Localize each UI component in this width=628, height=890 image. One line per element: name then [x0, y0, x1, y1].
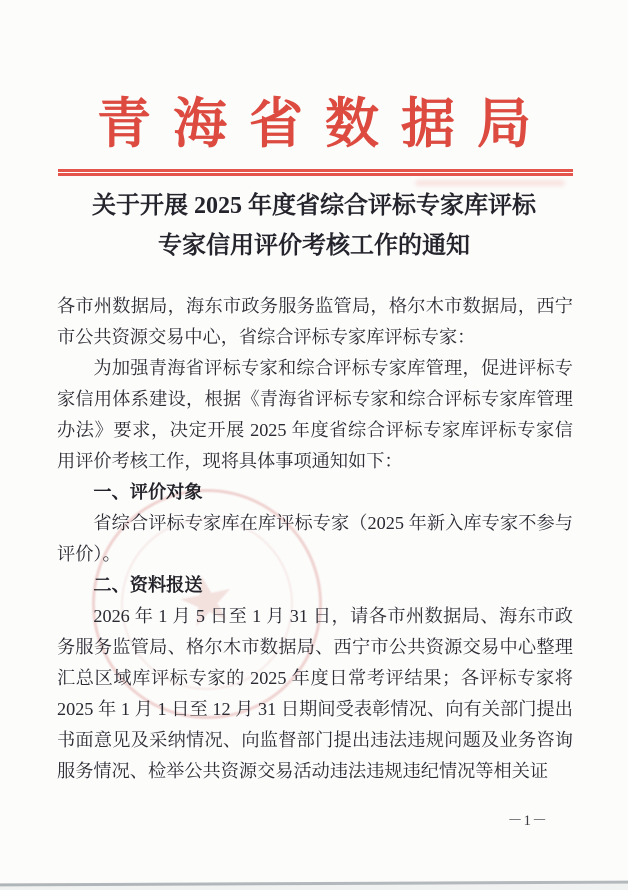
paragraph-material-submission: 2026 年 1 月 5 日至 1 月 31 日，请各市州数据局、海东市政务服务… — [57, 601, 573, 787]
paragraph-salutation: 各市州数据局，海东市政务服务监管局，格尔木市数据局，西宁市公共资源交易中心，省综… — [57, 291, 573, 353]
document-page: 青海省数据局 关于开展 2025 年度省综合评标专家库评标 专家信用评价考核工作… — [0, 0, 628, 890]
document-title-line2: 专家信用评价考核工作的通知 — [0, 226, 628, 266]
agency-masthead: 青海省数据局 — [0, 88, 628, 160]
document-title: 关于开展 2025 年度省综合评标专家库评标 专家信用评价考核工作的通知 — [0, 186, 628, 266]
page-number: －1－ — [507, 809, 548, 830]
paragraph-intro: 为加强青海省评标专家和综合评标专家库管理，促进评标专家信用体系建设，根据《青海省… — [57, 353, 573, 477]
section-heading-1: 一、评价对象 — [57, 477, 573, 508]
document-title-line1: 关于开展 2025 年度省综合评标专家库评标 — [0, 186, 628, 226]
document-body: 各市州数据局，海东市政务服务监管局，格尔木市数据局，西宁市公共资源交易中心，省综… — [57, 291, 573, 787]
section-heading-2: 二、资料报送 — [57, 570, 573, 601]
masthead-rule — [58, 169, 573, 176]
paragraph-evaluation-target: 省综合评标专家库在库评标专家（2025 年新入库专家不参与评价）。 — [57, 508, 573, 570]
